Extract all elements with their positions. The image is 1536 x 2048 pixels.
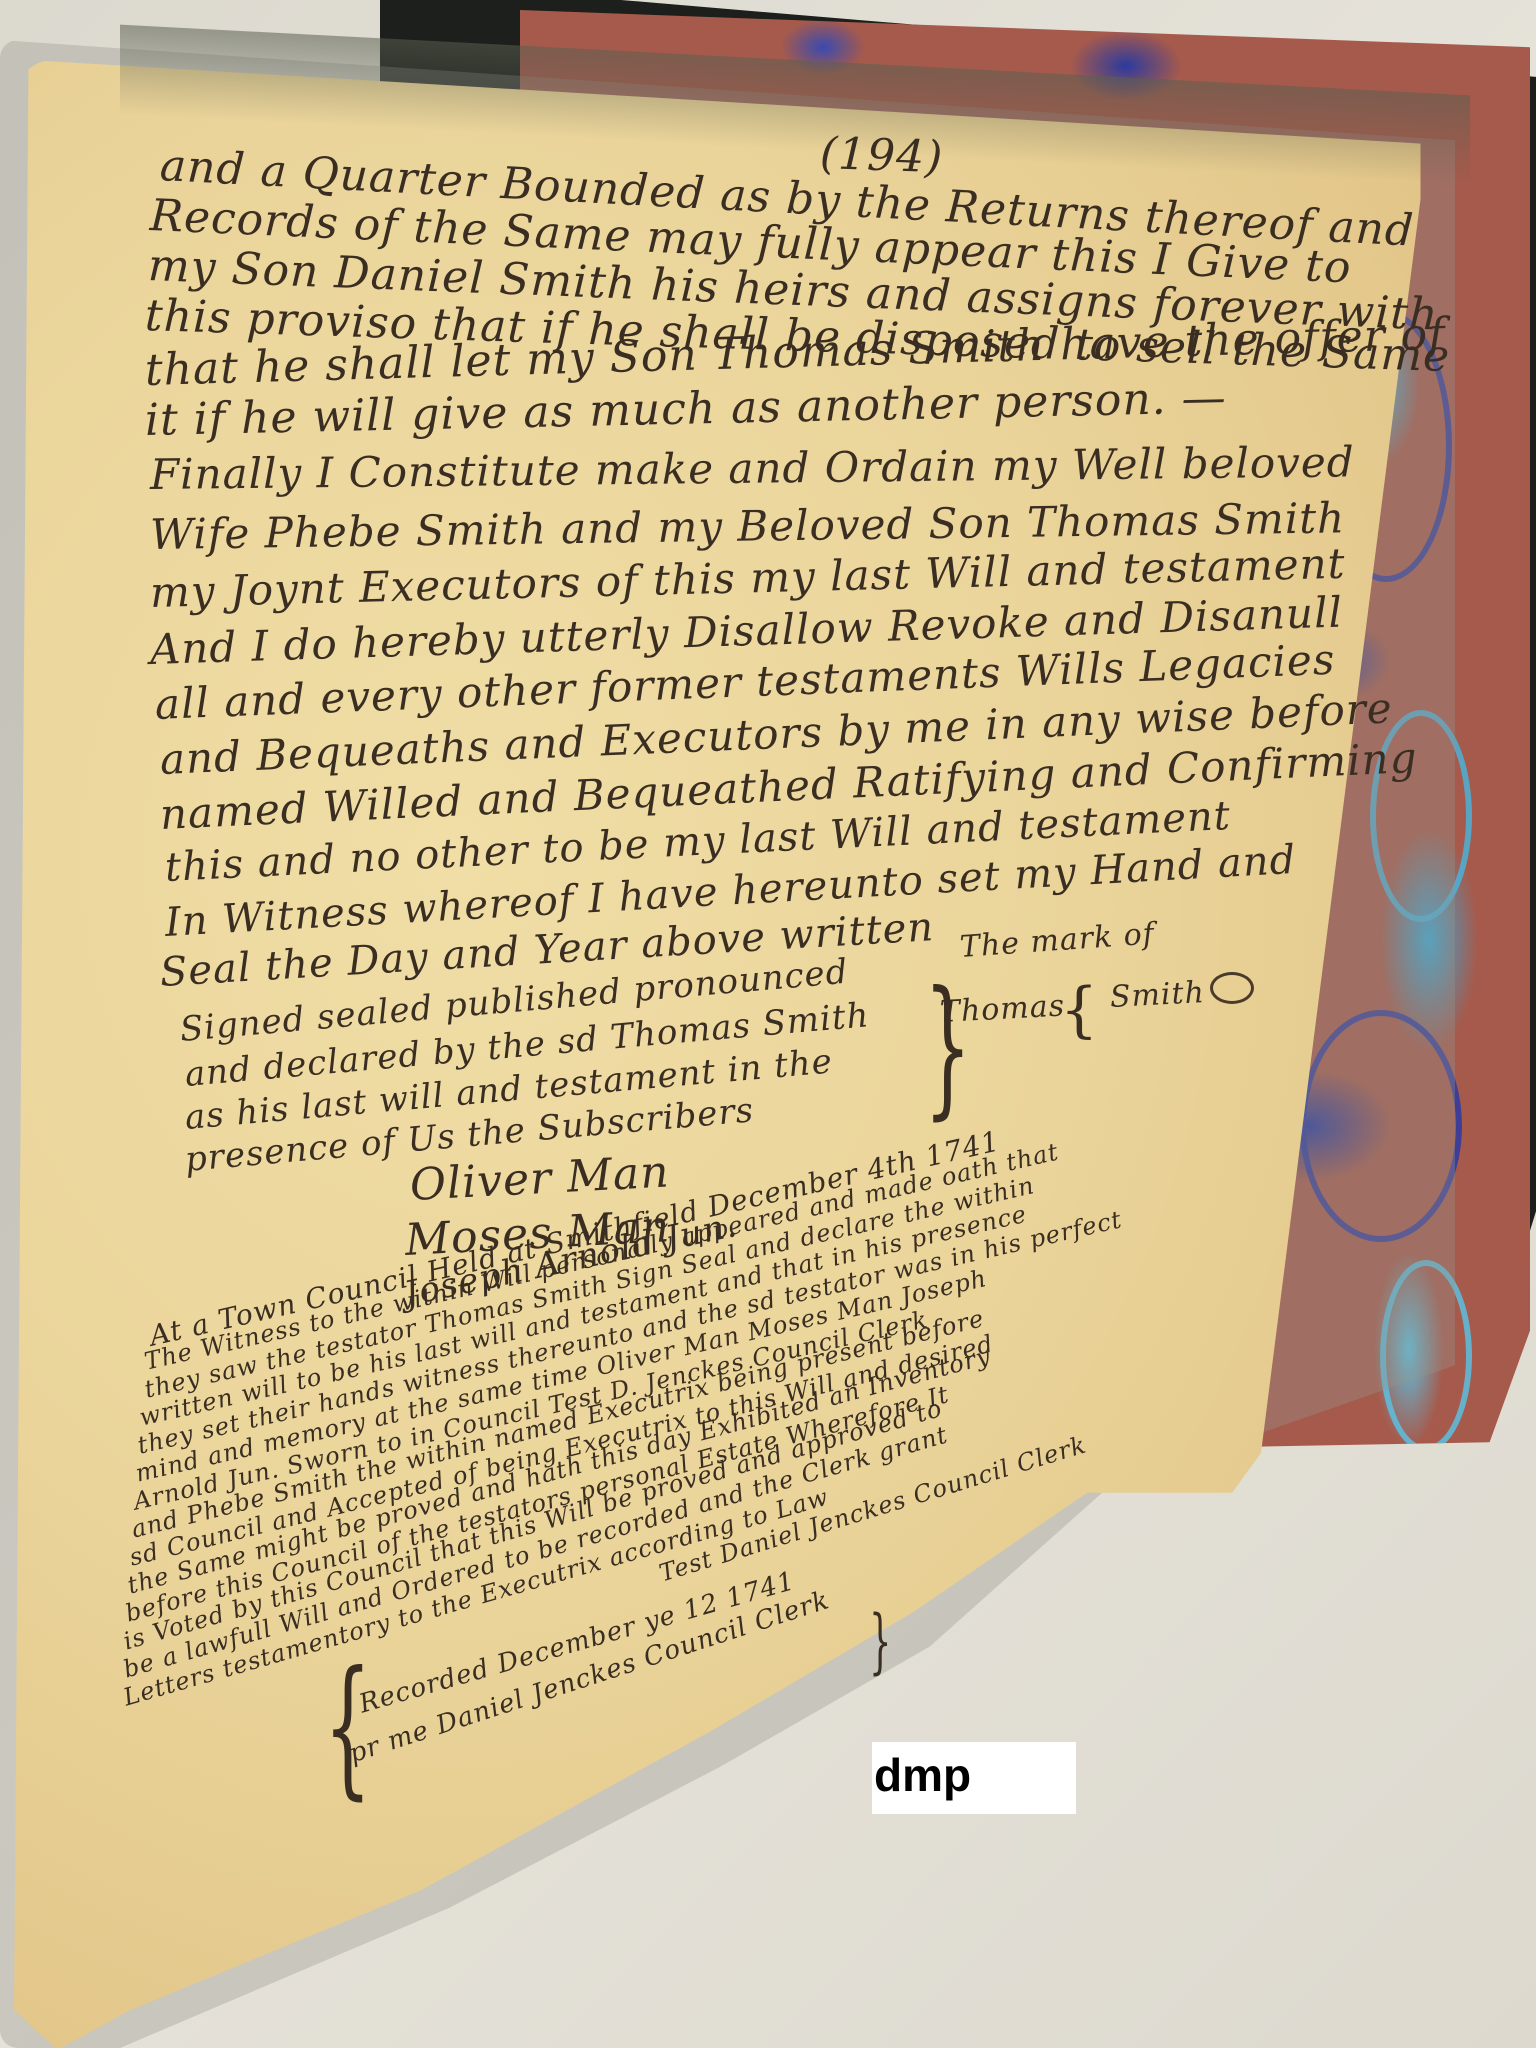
watermark-label: dmp xyxy=(872,1742,1076,1814)
seal-icon xyxy=(1210,972,1254,1004)
testator-last-name: Smith xyxy=(1109,975,1206,1015)
recording-close-brace: } xyxy=(869,1600,891,1682)
testator-mark-brace: { xyxy=(1060,975,1098,1045)
marble-vein xyxy=(1320,1510,1462,1722)
recording-brace: { xyxy=(324,1640,372,1814)
attestation-brace: } xyxy=(924,960,972,1134)
